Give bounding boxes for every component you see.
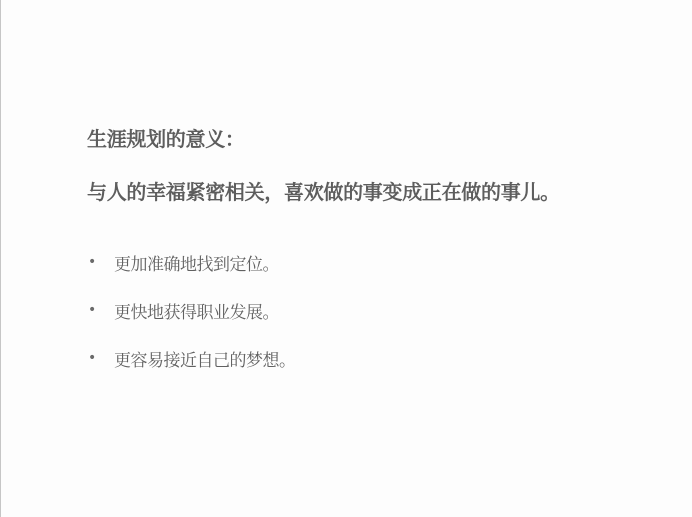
bullet-item: • 更容易接近自己的梦想。 (87, 346, 296, 370)
bullet-text: 更加准确地找到定位。 (114, 250, 279, 275)
slide-subtitle: 与人的幸福紧密相关，喜欢做的事变成正在做的事儿。 (87, 180, 560, 204)
slide-title: 生涯规划的意义： (87, 127, 245, 151)
bullet-list: • 更加准确地找到定位。 • 更快地获得职业发展。 • 更容易接近自己的梦想。 (87, 250, 296, 394)
bullet-text: 更快地获得职业发展。 (114, 298, 279, 323)
bullet-item: • 更快地获得职业发展。 (87, 298, 296, 322)
bullet-text: 更容易接近自己的梦想。 (114, 346, 296, 371)
bullet-dot-icon: • (87, 254, 114, 270)
bullet-dot-icon: • (87, 302, 114, 318)
bullet-dot-icon: • (87, 350, 114, 366)
bullet-item: • 更加准确地找到定位。 (87, 250, 296, 274)
slide: 生涯规划的意义： 与人的幸福紧密相关，喜欢做的事变成正在做的事儿。 • 更加准确… (0, 0, 692, 517)
